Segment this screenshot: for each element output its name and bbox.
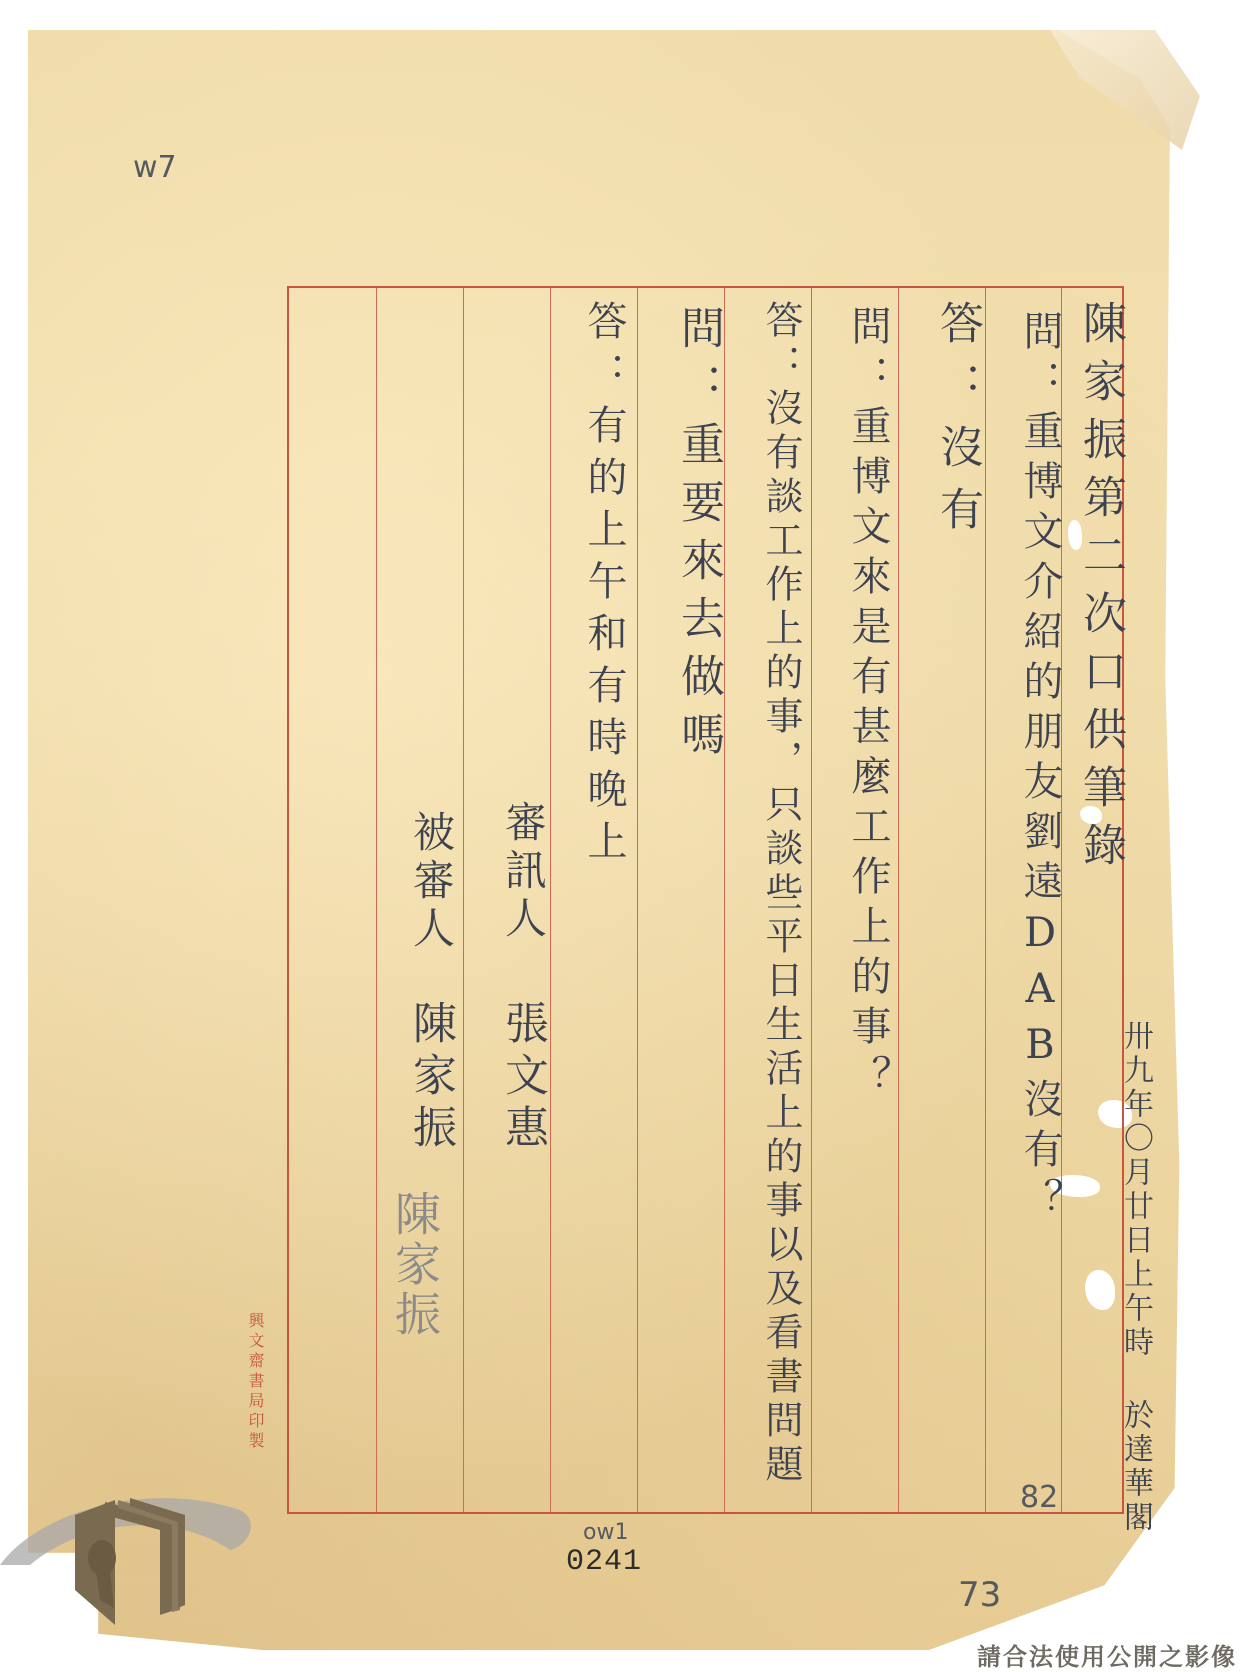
column-rule bbox=[376, 288, 377, 1512]
pencil-mark-ow1: ow1 bbox=[583, 1520, 628, 1545]
printer-imprint: 興文齋書局印製 bbox=[244, 1312, 267, 1452]
interrogated-label: 被審人 bbox=[410, 810, 452, 954]
answer-1: 答：沒有 bbox=[935, 300, 979, 548]
interrogated-name: 陳家振 bbox=[408, 1000, 452, 1156]
column-rule bbox=[550, 288, 551, 1512]
question-1: 問：重博文介紹的朋友劉遠DAB沒有？ bbox=[1020, 310, 1060, 1228]
interrogator-name: 張文惠 bbox=[500, 1000, 544, 1156]
usage-notice: 請合法使用公開之影像 bbox=[977, 1637, 1237, 1672]
pencil-mark-73: 73 bbox=[958, 1575, 1001, 1615]
column-rule bbox=[724, 288, 725, 1512]
record-title: 陳家振第二次口供筆錄 bbox=[1078, 300, 1122, 880]
archive-logo-icon bbox=[0, 1470, 260, 1670]
column-rule bbox=[811, 288, 812, 1512]
interrogator-label: 審訊人 bbox=[502, 800, 544, 944]
column-rule bbox=[985, 288, 986, 1512]
answer-2: 答：沒有談工作上的事，只談些平日生活上的事以及看書問題 bbox=[762, 300, 800, 1488]
answer-3: 答：有的上午和有時晚上 bbox=[584, 300, 624, 872]
pencil-mark-top-left: w7 bbox=[133, 150, 177, 185]
question-3: 問：重要來去做嗎 bbox=[676, 305, 720, 769]
pencil-signature: 陳家振 bbox=[392, 1190, 438, 1340]
column-rule bbox=[898, 288, 899, 1512]
column-rule bbox=[637, 288, 638, 1512]
record-date-line: 卅九年〇月廿日上午時 於達華閣 bbox=[1120, 1020, 1150, 1535]
pencil-mark-82: 82 bbox=[1020, 1480, 1058, 1515]
column-rule bbox=[463, 288, 464, 1512]
page-number: 0241 bbox=[566, 1545, 642, 1579]
question-2: 問：重博文來是有甚麼工作上的事？ bbox=[848, 305, 888, 1105]
